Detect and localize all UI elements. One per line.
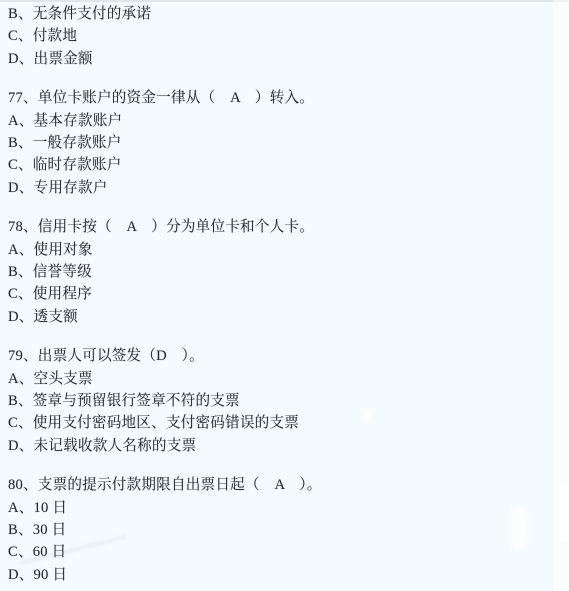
enum-comma: 、 (19, 438, 34, 454)
option-text: 使用程序 (33, 286, 92, 302)
option-line: A、空头支票 (8, 368, 569, 390)
question-stem-text: 单位卡账户的资金一律从（ A ）转入。 (38, 90, 314, 106)
option-text: 信誉等级 (33, 264, 92, 280)
question-stem: 80、支票的提示付款期限自出票日起（ A ）。 (8, 474, 569, 496)
question-stem-text: 支票的提示付款期限自出票日起（ A ）。 (38, 477, 322, 493)
enum-comma: 、 (19, 242, 34, 258)
option-line: B、无条件支付的承诺 (8, 3, 569, 25)
option-text: 未记载收款人名称的支票 (34, 438, 197, 454)
option-label: B (8, 393, 18, 409)
option-text: 专用存款户 (34, 180, 108, 196)
option-text: 临时存款账户 (33, 157, 122, 173)
option-text: 10 日 (34, 500, 68, 516)
option-text: 无条件支付的承诺 (33, 6, 151, 22)
enum-comma: 、 (19, 51, 34, 67)
option-label: A (8, 371, 19, 387)
option-line: D、专用存款户 (8, 177, 569, 199)
option-line: A、使用对象 (8, 239, 569, 261)
option-line: A、10 日 (8, 497, 569, 519)
question-block-79: 79、出票人可以签发（D ）。 A、空头支票 B、签章与预留银行签章不符的支票 … (8, 345, 569, 456)
option-line: C、临时存款账户 (8, 154, 569, 176)
option-label: D (8, 180, 19, 196)
option-label: C (8, 157, 18, 173)
option-text: 使用支付密码地区、支付密码错误的支票 (33, 415, 299, 431)
option-label: A (8, 500, 19, 516)
enum-comma: 、 (18, 28, 33, 44)
option-line: D、未记载收款人名称的支票 (8, 435, 569, 457)
option-text: 出票金额 (34, 51, 93, 67)
option-line: C、使用支付密码地区、支付密码错误的支票 (8, 412, 569, 434)
option-label: B (8, 6, 18, 22)
enum-comma: 、 (18, 135, 33, 151)
option-text: 透支额 (34, 309, 78, 325)
enum-comma: 、 (23, 219, 38, 235)
enum-comma: 、 (19, 180, 34, 196)
question-number: 77 (8, 90, 23, 106)
question-stem: 77、单位卡账户的资金一律从（ A ）转入。 (8, 87, 569, 109)
option-text: 付款地 (33, 28, 77, 44)
option-label: D (8, 438, 19, 454)
option-line: A、基本存款账户 (8, 110, 569, 132)
option-line: C、使用程序 (8, 283, 569, 305)
question-block-partial: B、无条件支付的承诺 C、付款地 D、出票金额 (8, 3, 569, 70)
option-text: 一般存款账户 (33, 135, 122, 151)
watermark-bar (559, 487, 569, 543)
question-stem: 78、信用卡按（ A ）分为单位卡和个人卡。 (8, 216, 569, 238)
option-line: B、签章与预留银行签章不符的支票 (8, 390, 569, 412)
scan-white-dot-artifact (361, 409, 374, 422)
option-label: D (8, 567, 19, 583)
enum-comma: 、 (23, 477, 38, 493)
question-number: 78 (8, 219, 23, 235)
option-label: B (8, 135, 18, 151)
option-label: B (8, 522, 18, 538)
enum-comma: 、 (18, 286, 33, 302)
option-line: D、出票金额 (8, 48, 569, 70)
question-number: 79 (8, 348, 23, 364)
question-block-78: 78、信用卡按（ A ）分为单位卡和个人卡。 A、使用对象 B、信誉等级 C、使… (8, 216, 569, 327)
question-block-77: 77、单位卡账户的资金一律从（ A ）转入。 A、基本存款账户 B、一般存款账户… (8, 87, 569, 198)
option-label: D (8, 309, 19, 325)
option-label: C (8, 286, 18, 302)
option-line: B、信誉等级 (8, 261, 569, 283)
enum-comma: 、 (19, 500, 34, 516)
option-label: D (8, 51, 19, 67)
exam-document: B、无条件支付的承诺 C、付款地 D、出票金额 77、单位卡账户的资金一律从（ … (0, 0, 569, 586)
option-label: C (8, 415, 18, 431)
enum-comma: 、 (19, 309, 34, 325)
option-text: 30 日 (33, 522, 67, 538)
option-line: B、一般存款账户 (8, 132, 569, 154)
watermark-bar (511, 507, 527, 549)
enum-comma: 、 (18, 264, 33, 280)
option-label: C (8, 28, 18, 44)
question-stem-text: 出票人可以签发（D ）。 (38, 348, 204, 364)
enum-comma: 、 (18, 393, 33, 409)
question-stem-text: 信用卡按（ A ）分为单位卡和个人卡。 (38, 219, 314, 235)
option-text: 使用对象 (34, 242, 93, 258)
option-label: C (8, 544, 18, 560)
enum-comma: 、 (23, 348, 38, 364)
option-line: B、30 日 (8, 519, 569, 541)
enum-comma: 、 (19, 371, 34, 387)
enum-comma: 、 (18, 6, 33, 22)
enum-comma: 、 (18, 415, 33, 431)
option-label: A (8, 242, 19, 258)
enum-comma: 、 (19, 113, 34, 129)
enum-comma: 、 (18, 157, 33, 173)
option-text: 签章与预留银行签章不符的支票 (33, 393, 240, 409)
question-number: 80 (8, 477, 23, 493)
question-stem: 79、出票人可以签发（D ）。 (8, 345, 569, 367)
option-text: 空头支票 (34, 371, 93, 387)
option-label: A (8, 113, 19, 129)
enum-comma: 、 (23, 90, 38, 106)
option-text: 基本存款账户 (34, 113, 123, 129)
enum-comma: 、 (18, 522, 33, 538)
option-line: C、付款地 (8, 25, 569, 47)
option-label: B (8, 264, 18, 280)
option-line: D、透支额 (8, 306, 569, 328)
